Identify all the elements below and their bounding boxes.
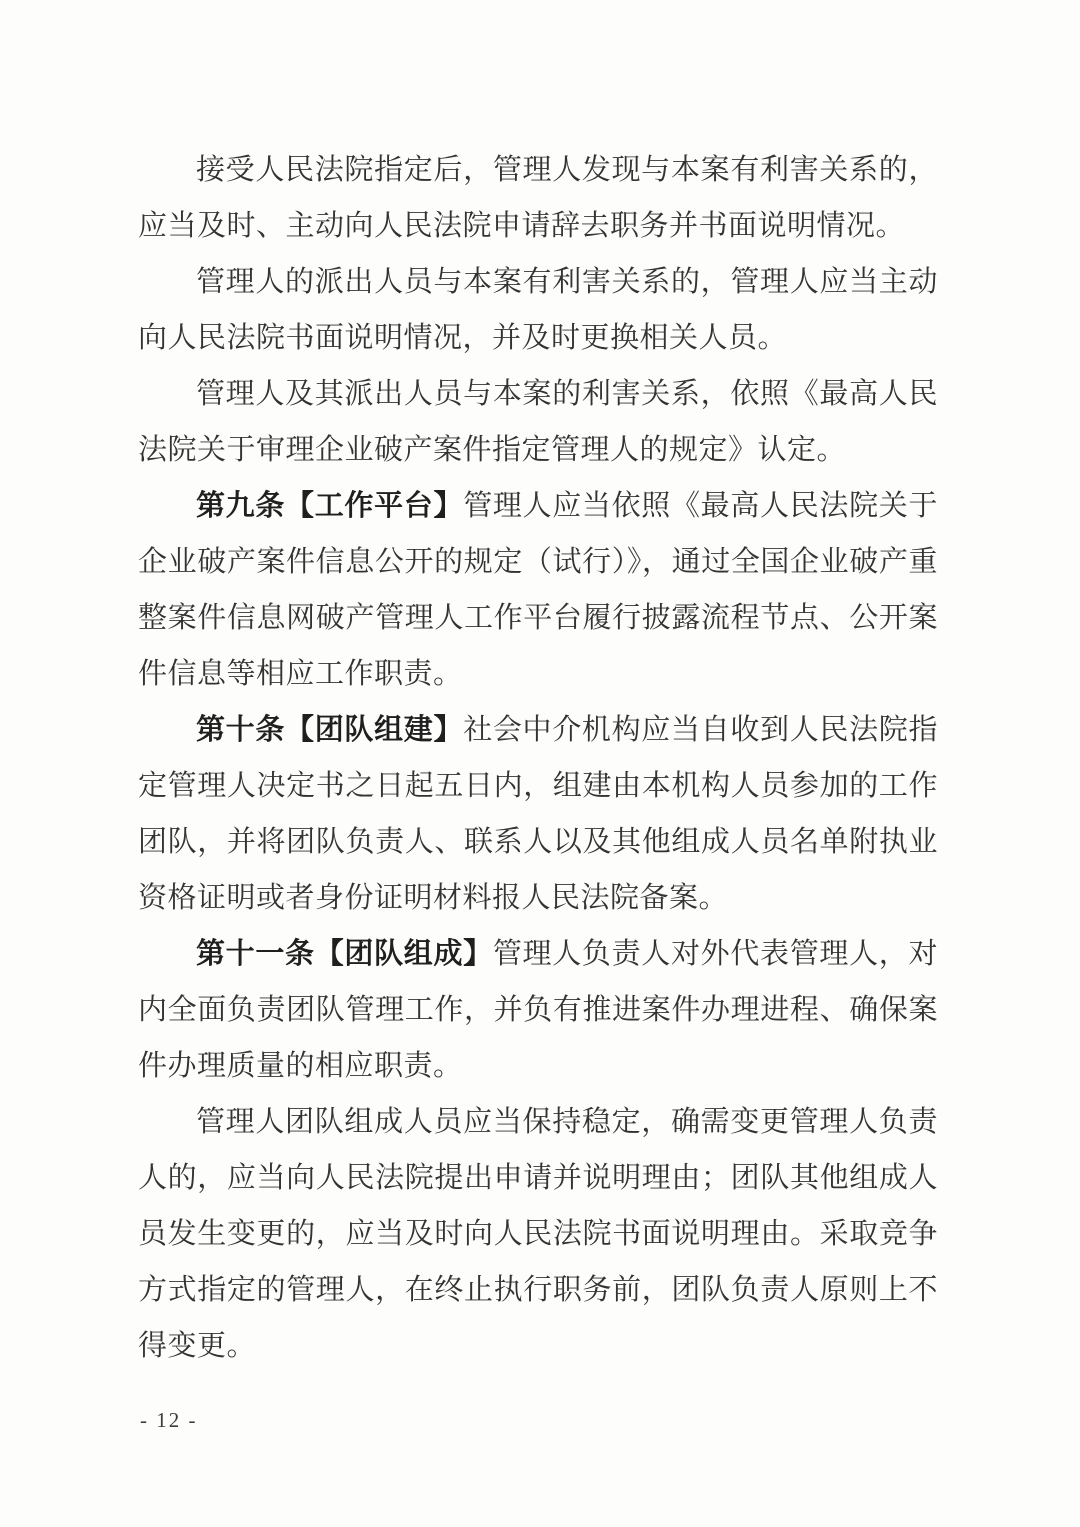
article-heading-team-composition: 第十一条【团队组成】 xyxy=(196,938,493,970)
paragraph-article-9: 第九条【工作平台】管理人应当依照《最高人民法院关于企业破产案件信息公开的规定（试… xyxy=(138,478,938,702)
paragraph: 管理人及其派出人员与本案的利害关系，依照《最高人民法院关于审理企业破产案件指定管… xyxy=(138,366,938,478)
article-heading-work-platform: 第九条【工作平台】 xyxy=(196,490,463,522)
article-heading-team-formation: 第十条【团队组建】 xyxy=(196,714,463,746)
page-number: - 12 - xyxy=(140,1408,198,1433)
document-body: 接受人民法院指定后，管理人发现与本案有利害关系的，应当及时、主动向人民法院申请辞… xyxy=(138,142,938,1374)
paragraph-text: 接受人民法院指定后，管理人发现与本案有利害关系的，应当及时、主动向人民法院申请辞… xyxy=(138,154,938,242)
paragraph-text: 管理人的派出人员与本案有利害关系的，管理人应当主动向人民法院书面说明情况，并及时… xyxy=(138,266,938,354)
paragraph-article-10: 第十条【团队组建】社会中介机构应当自收到人民法院指定管理人决定书之日起五日内，组… xyxy=(138,702,938,926)
document-page: 接受人民法院指定后，管理人发现与本案有利害关系的，应当及时、主动向人民法院申请辞… xyxy=(0,0,1080,1527)
paragraph-article-11: 第十一条【团队组成】管理人负责人对外代表管理人，对内全面负责团队管理工作，并负有… xyxy=(138,926,938,1094)
paragraph: 接受人民法院指定后，管理人发现与本案有利害关系的，应当及时、主动向人民法院申请辞… xyxy=(138,142,938,254)
paragraph: 管理人的派出人员与本案有利害关系的，管理人应当主动向人民法院书面说明情况，并及时… xyxy=(138,254,938,366)
paragraph-text: 管理人及其派出人员与本案的利害关系，依照《最高人民法院关于审理企业破产案件指定管… xyxy=(138,378,938,466)
paragraph: 管理人团队组成人员应当保持稳定，确需变更管理人负责人的，应当向人民法院提出申请并… xyxy=(138,1094,938,1374)
paragraph-text: 管理人团队组成人员应当保持稳定，确需变更管理人负责人的，应当向人民法院提出申请并… xyxy=(138,1106,938,1362)
